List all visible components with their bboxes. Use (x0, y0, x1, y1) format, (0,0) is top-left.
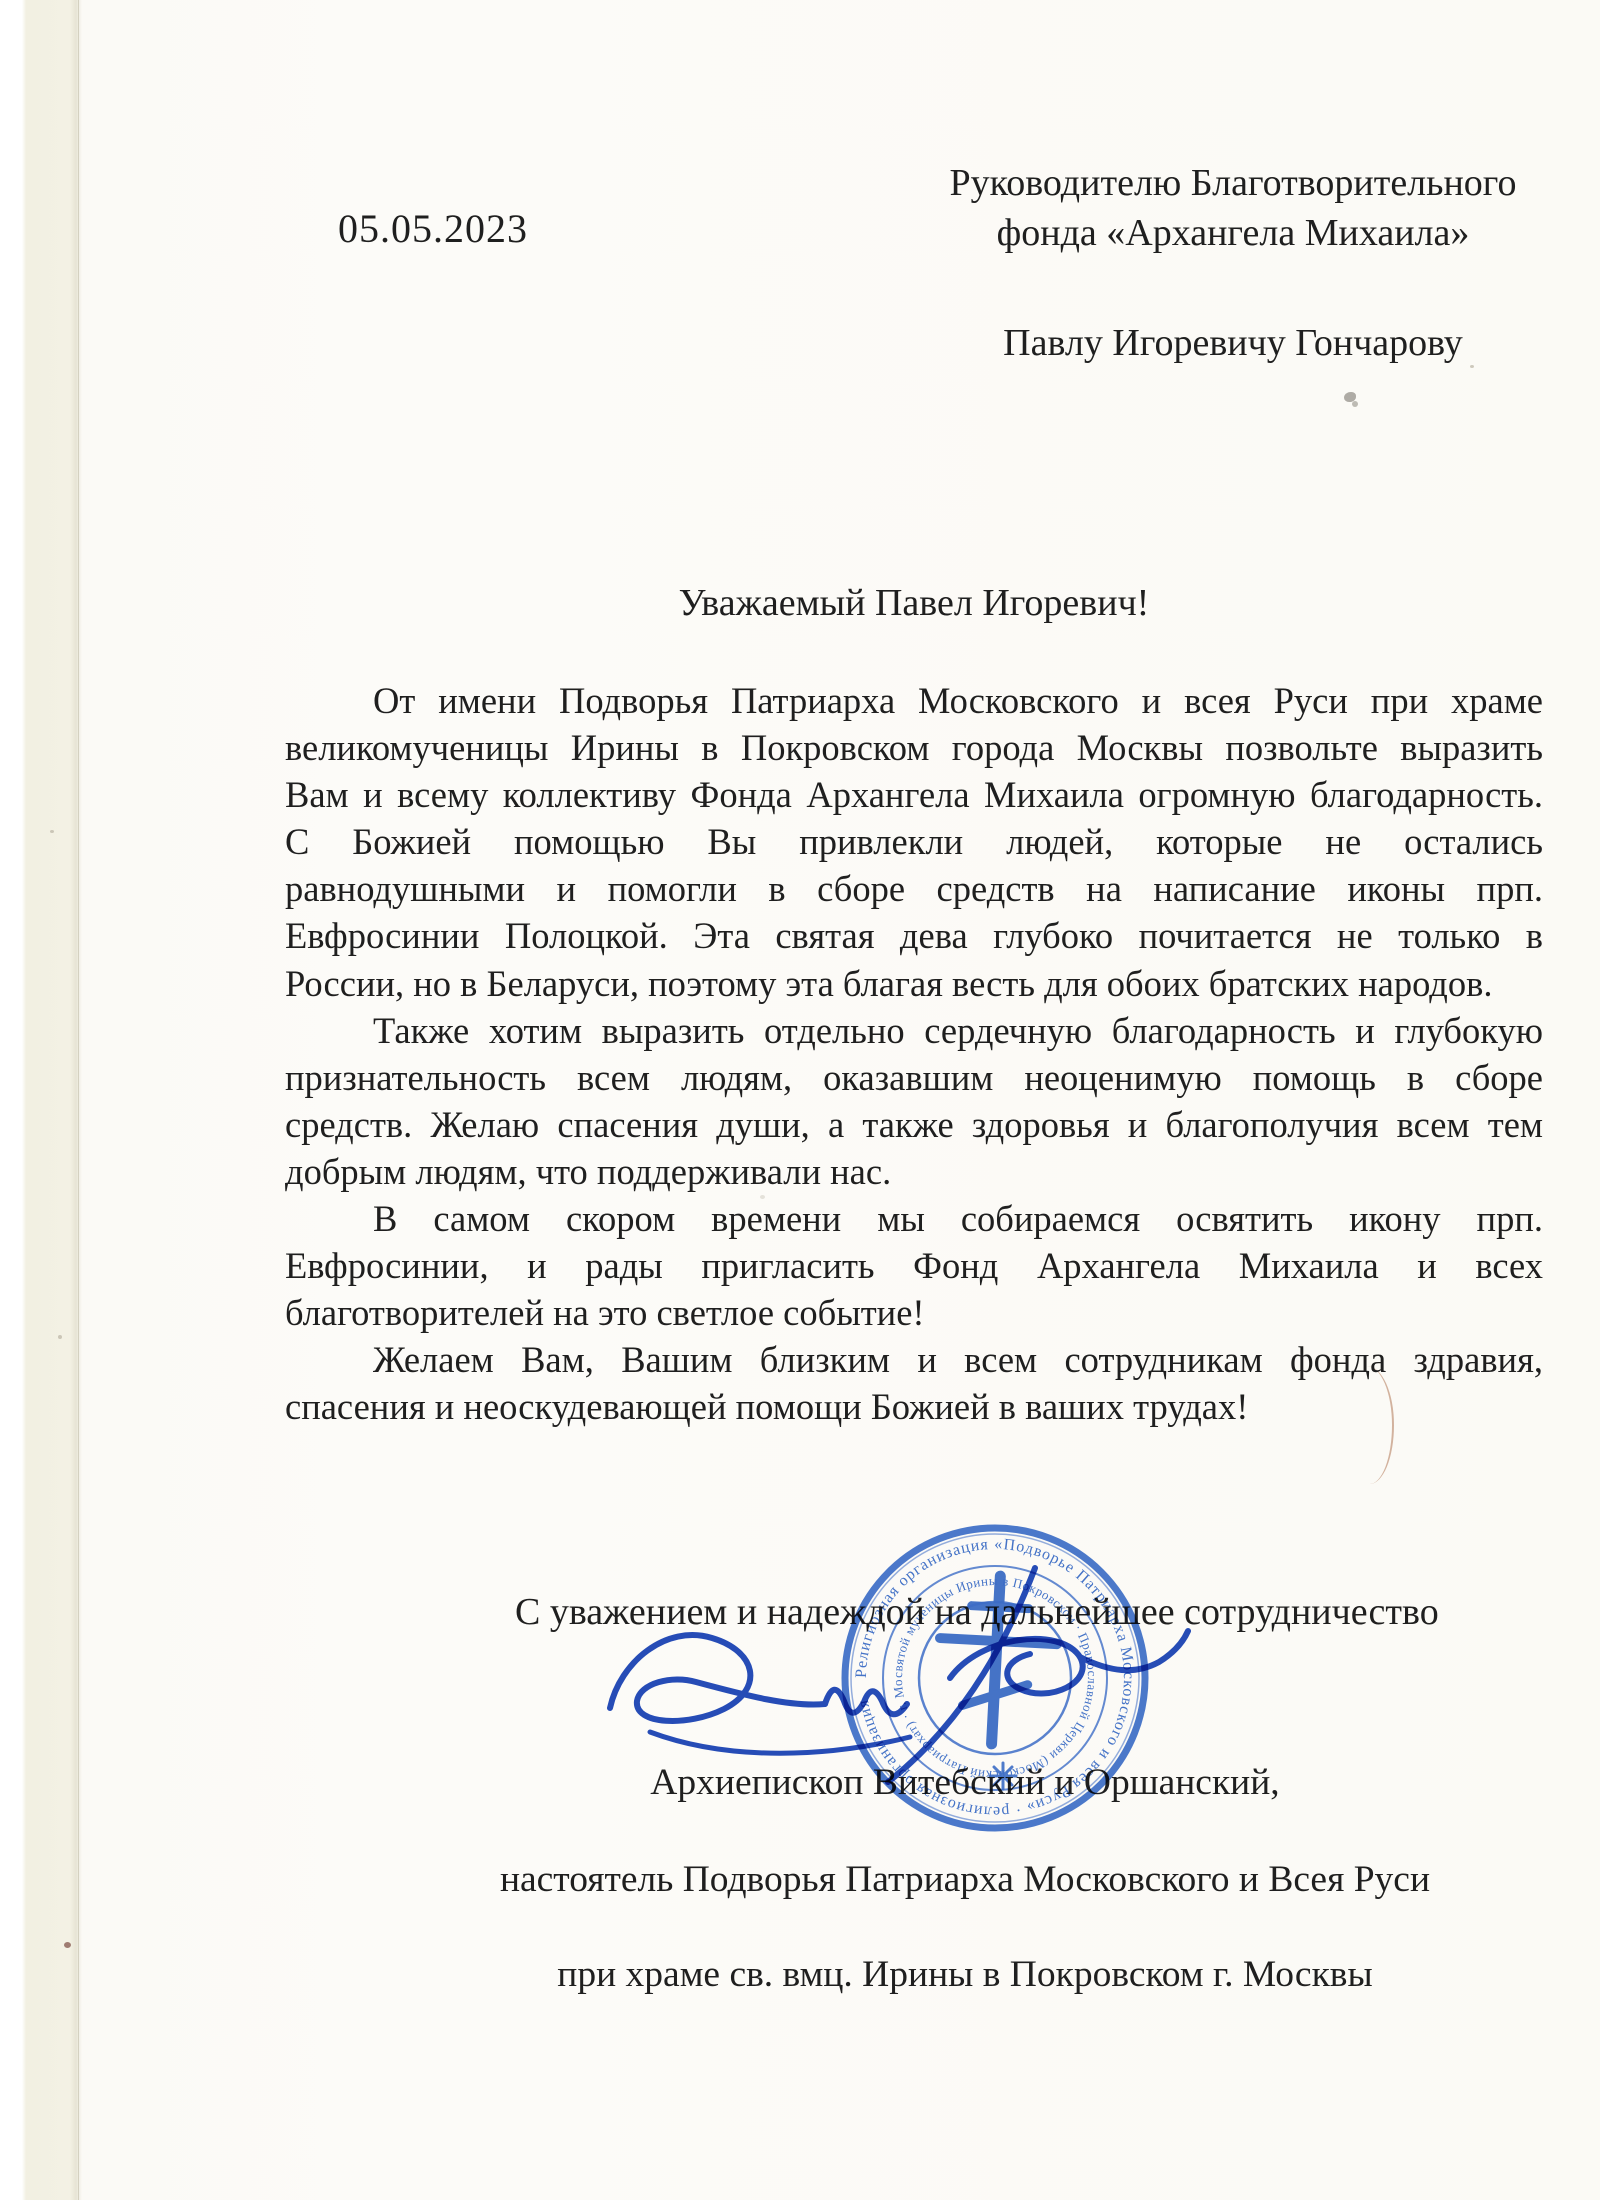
body-line: Желаем Вам, Вашим близким и всем сотрудн… (285, 1336, 1543, 1383)
body-line: благотворителей на это светлое событие! (285, 1289, 1543, 1336)
recipient-name: Павлу Игоревичу Гончарову (948, 318, 1518, 368)
body-line: спасения и неоскудевающей помощи Божией … (285, 1383, 1543, 1430)
body-line: В самом скором времени мы собираемся осв… (285, 1195, 1543, 1242)
handwritten-signature (588, 1556, 1238, 1846)
page-edge-line (78, 0, 79, 2200)
body-line: средств. Желаю спасения души, а также зд… (285, 1101, 1543, 1148)
salutation: Уважаемый Павел Игоревич! (285, 581, 1543, 625)
speck-artifact (58, 1335, 62, 1339)
body-line: От имени Подворья Патриарха Московского … (285, 677, 1543, 724)
ink-spot-artifact (1352, 401, 1358, 407)
letter-body: От имени Подворья Патриарха Московского … (285, 677, 1543, 1431)
letter-date: 05.05.2023 (338, 205, 528, 252)
recipient-gap (948, 258, 1518, 318)
body-line: признательность всем людям, оказавшим не… (285, 1054, 1543, 1101)
signer-title-line: настоятель Подворья Патриарха Московског… (405, 1858, 1525, 1901)
scanned-letter-page: { "document": { "date": "05.05.2023", "r… (0, 0, 1600, 2200)
body-line: Вам и всему коллективу Фонда Архангела М… (285, 771, 1543, 818)
body-line: добрым людям, что поддерживали нас. (285, 1148, 1543, 1195)
body-line: Евфросинии Полоцкой. Эта святая дева глу… (285, 912, 1543, 959)
speck-artifact (64, 1942, 71, 1948)
recipient-line: фонда «Архангела Михаила» (948, 208, 1518, 258)
body-line: равнодушными и помогли в сборе средств н… (285, 865, 1543, 912)
body-line: Также хотим выразить отдельно сердечную … (285, 1007, 1543, 1054)
body-line: Евфросинии, и рады пригласить Фонд Архан… (285, 1242, 1543, 1289)
recipient-block: Руководителю Благотворительного фонда «А… (948, 158, 1518, 368)
body-line: России, но в Беларуси, поэтому эта блага… (285, 960, 1543, 1007)
body-line: С Божией помощью Вы привлекли людей, кот… (285, 818, 1543, 865)
recipient-line: Руководителю Благотворительного (948, 158, 1518, 208)
speck-artifact (50, 830, 54, 833)
signer-title-line: при храме св. вмц. Ирины в Покровском г.… (405, 1953, 1525, 1996)
body-line: великомученицы Ирины в Покровском города… (285, 724, 1543, 771)
